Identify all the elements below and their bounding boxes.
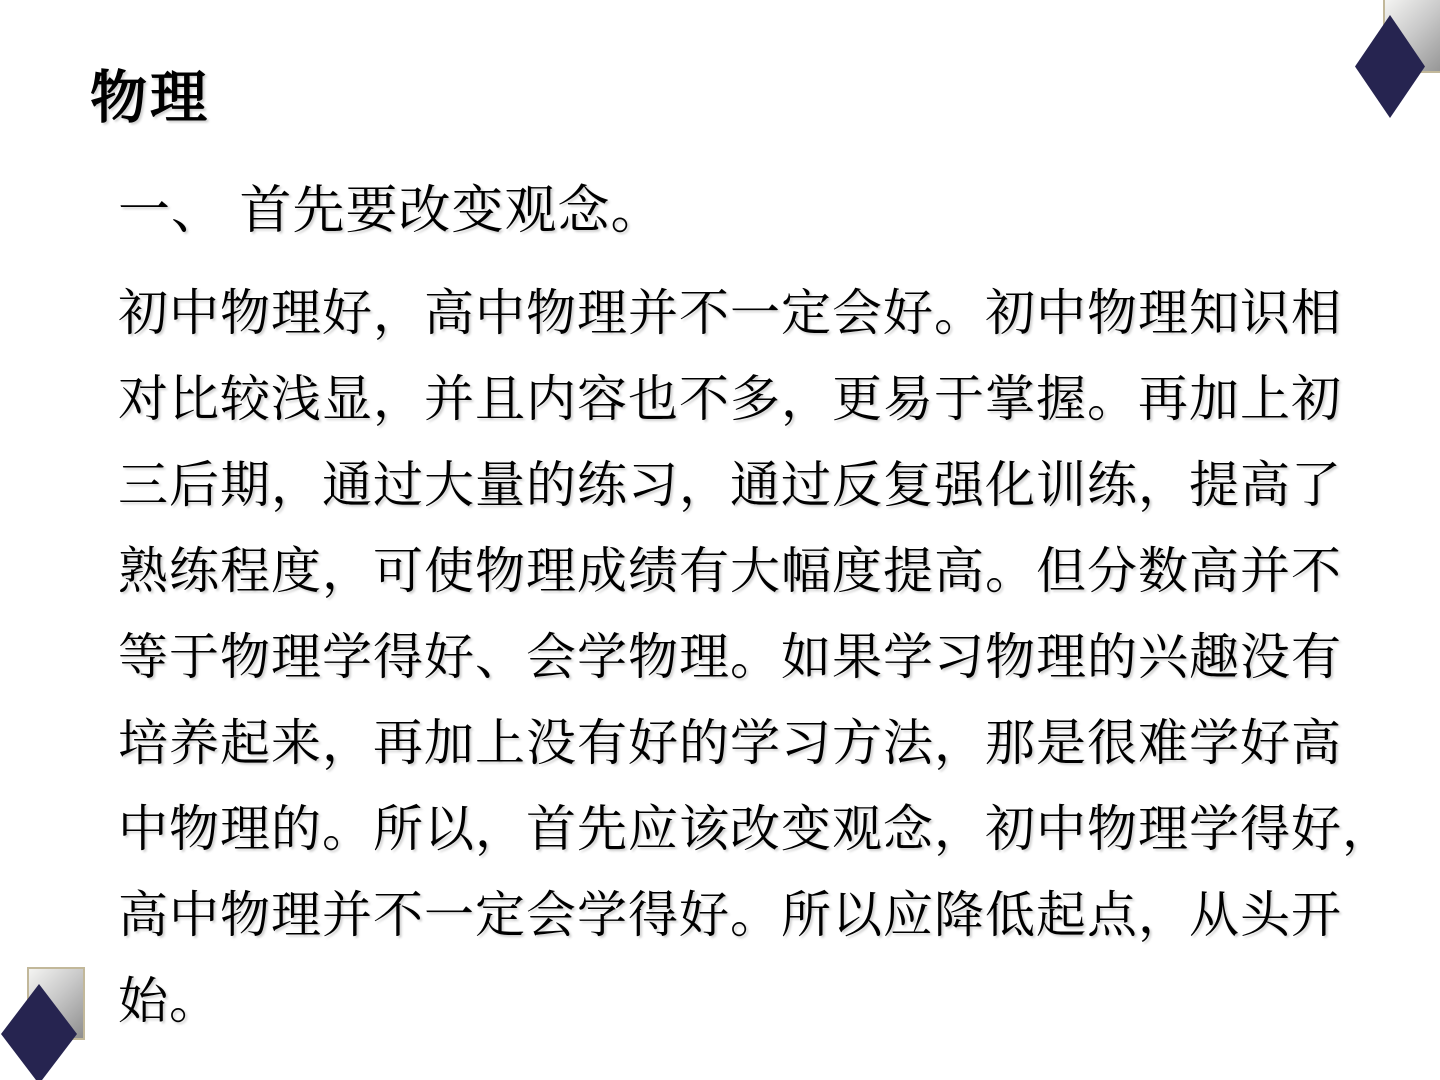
slide-title: 物理 <box>90 64 210 132</box>
body-paragraph: 初中物理好，高中物理并不一定会好。初中物理知识相 对比较浅显，并且内容也不多，更… <box>118 270 1408 1044</box>
section-heading: 一、 首先要改变观念。 <box>118 180 663 242</box>
slide-canvas: 物理 一、 首先要改变观念。 初中物理好，高中物理并不一定会好。初中物理知识相 … <box>0 0 1440 1080</box>
